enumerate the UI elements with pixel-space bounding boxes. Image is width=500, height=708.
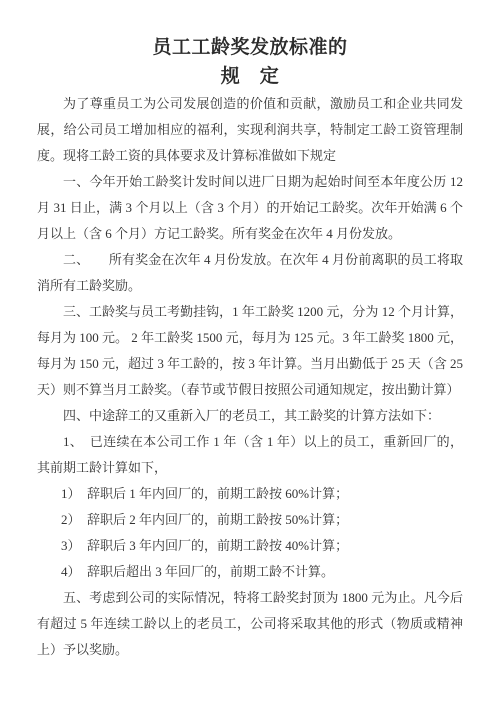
document-title-line2: 规 定 xyxy=(37,62,463,91)
document-page: 员工工龄奖发放标准的 规 定 为了尊重员工为公司发展创造的价值和贡献，激励员工和… xyxy=(0,0,500,708)
document-title-line1: 员工工龄奖发放标准的 xyxy=(37,33,463,62)
clause-4-sub-item-4: 4） 辞职后超出 3 年回厂的，前期工龄不计算。 xyxy=(37,559,463,585)
clause-3-paragraph: 三、工龄奖与员工考勤挂钩，1 年工龄奖 1200 元，分为 12 个月计算，每月… xyxy=(37,299,463,403)
clause-4-sub-item-1: 1） 辞职后 1 年内回厂的，前期工龄按 60%计算； xyxy=(37,481,463,507)
intro-paragraph: 为了尊重员工为公司发展创造的价值和贡献，激励员工和企业共同发展，给公司员工增加相… xyxy=(37,91,463,169)
clause-1-paragraph: 一、今年开始工龄奖计发时间以进厂日期为起始时间至本年度公历 12 月 31 日止… xyxy=(37,169,463,247)
clause-2-paragraph: 二、 所有奖金在次年 4 月份发放。在次年 4 月份前离职的员工将取消所有工龄奖… xyxy=(37,247,463,299)
clause-4-paragraph: 四、中途辞工的又重新入厂的老员工，其工龄奖的计算方法如下： xyxy=(37,403,463,429)
clause-4-item-1-paragraph: 1、 已连续在本公司工作 1 年（含 1 年）以上的员工，重新回厂的，其前期工龄… xyxy=(37,429,463,481)
clause-4-sub-item-3: 3） 辞职后 3 年内回厂的，前期工龄按 40%计算； xyxy=(37,533,463,559)
clause-5-paragraph: 五、考虑到公司的实际情况，特将工龄奖封顶为 1800 元为止。凡今后有超过 5 … xyxy=(37,585,463,663)
clause-4-sub-item-2: 2） 辞职后 2 年内回厂的，前期工龄按 50%计算； xyxy=(37,507,463,533)
